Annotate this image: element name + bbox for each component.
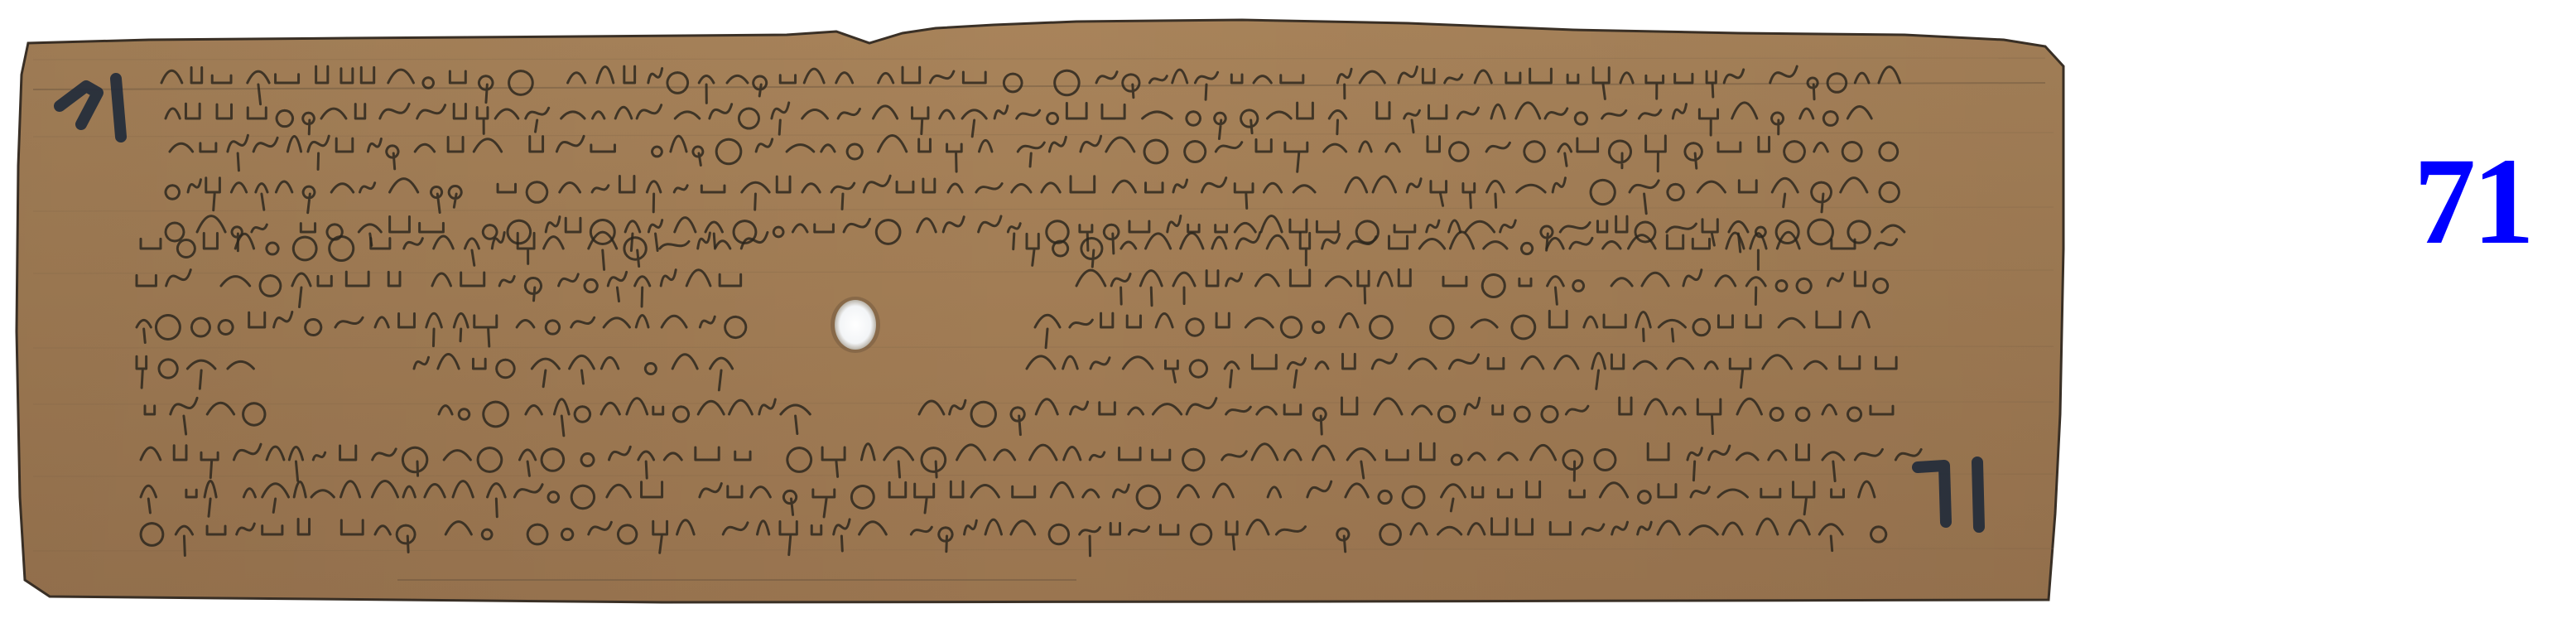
manuscript-stage: 71 Tamil / Grantha (handwritten, incised… bbox=[0, 0, 2576, 628]
page-number-label: 71 bbox=[2414, 139, 2531, 263]
string-hole bbox=[831, 297, 880, 353]
palm-leaf-folio bbox=[0, 0, 2576, 628]
